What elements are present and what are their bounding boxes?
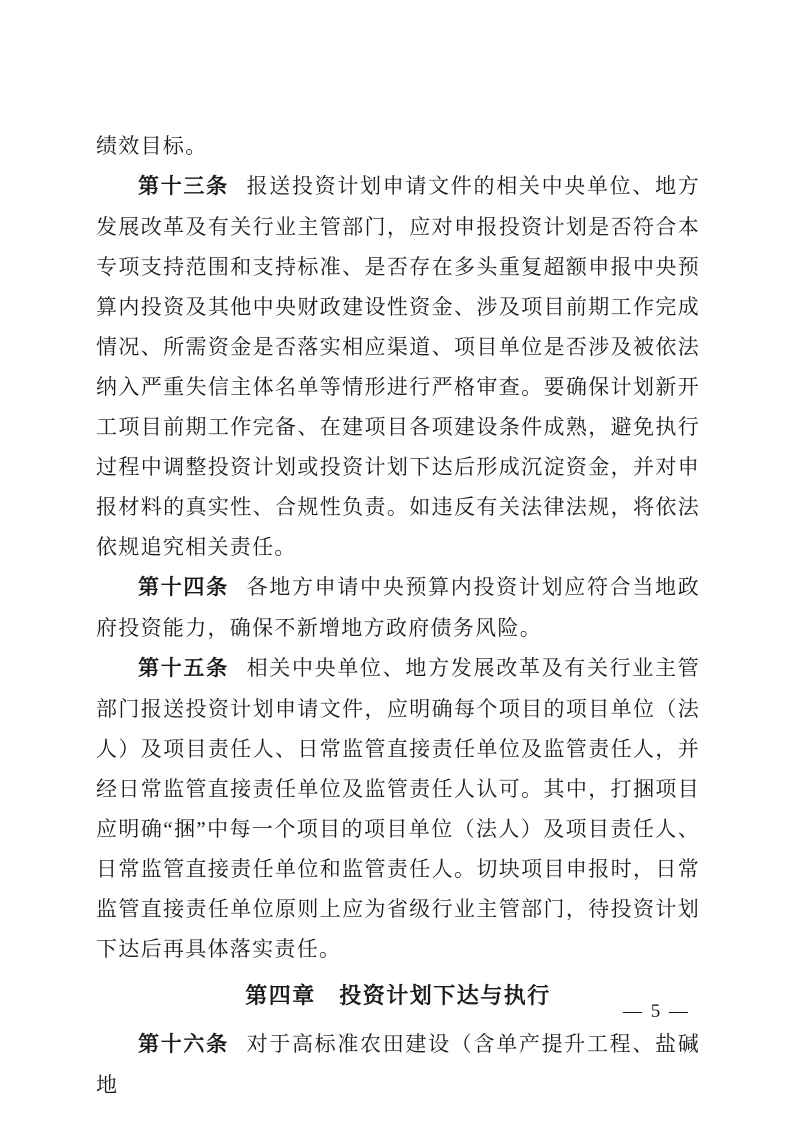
article-number: 第十四条 xyxy=(138,576,229,599)
article-number: 第十五条 xyxy=(138,657,229,680)
article-number: 第十三条 xyxy=(138,175,229,198)
paragraph-text: 报送投资计划申请文件的相关中央单位、地方发展改革及有关行业主管部门，应对申报投资… xyxy=(96,174,700,559)
paragraph: 第十六条对于高标准农田建设（含单产提升工程、盐碱地 xyxy=(96,1024,700,1105)
paragraph: 第十四条各地方申请中央预算内投资计划应符合当地政府投资能力，确保不新增地方政府债… xyxy=(96,567,700,648)
paragraph-text: 绩效目标。 xyxy=(96,134,208,158)
paragraph-text: 相关中央单位、地方发展改革及有关行业主管部门报送投资计划申请文件，应明确每个项目… xyxy=(96,656,700,961)
document-body: 绩效目标。第十三条报送投资计划申请文件的相关中央单位、地方发展改革及有关行业主管… xyxy=(96,126,700,1105)
paragraph-continuation: 绩效目标。 xyxy=(96,126,700,166)
chapter-heading: 第四章 投资计划下达与执行 xyxy=(96,976,700,1016)
page-number: — 5 — xyxy=(623,998,690,1026)
paragraph: 第十三条报送投资计划申请文件的相关中央单位、地方发展改革及有关行业主管部门，应对… xyxy=(96,166,700,567)
article-number: 第十六条 xyxy=(138,1033,229,1056)
paragraph: 第十五条相关中央单位、地方发展改革及有关行业主管部门报送投资计划申请文件，应明确… xyxy=(96,648,700,969)
document-page: 绩效目标。第十三条报送投资计划申请文件的相关中央单位、地方发展改革及有关行业主管… xyxy=(0,0,794,1123)
